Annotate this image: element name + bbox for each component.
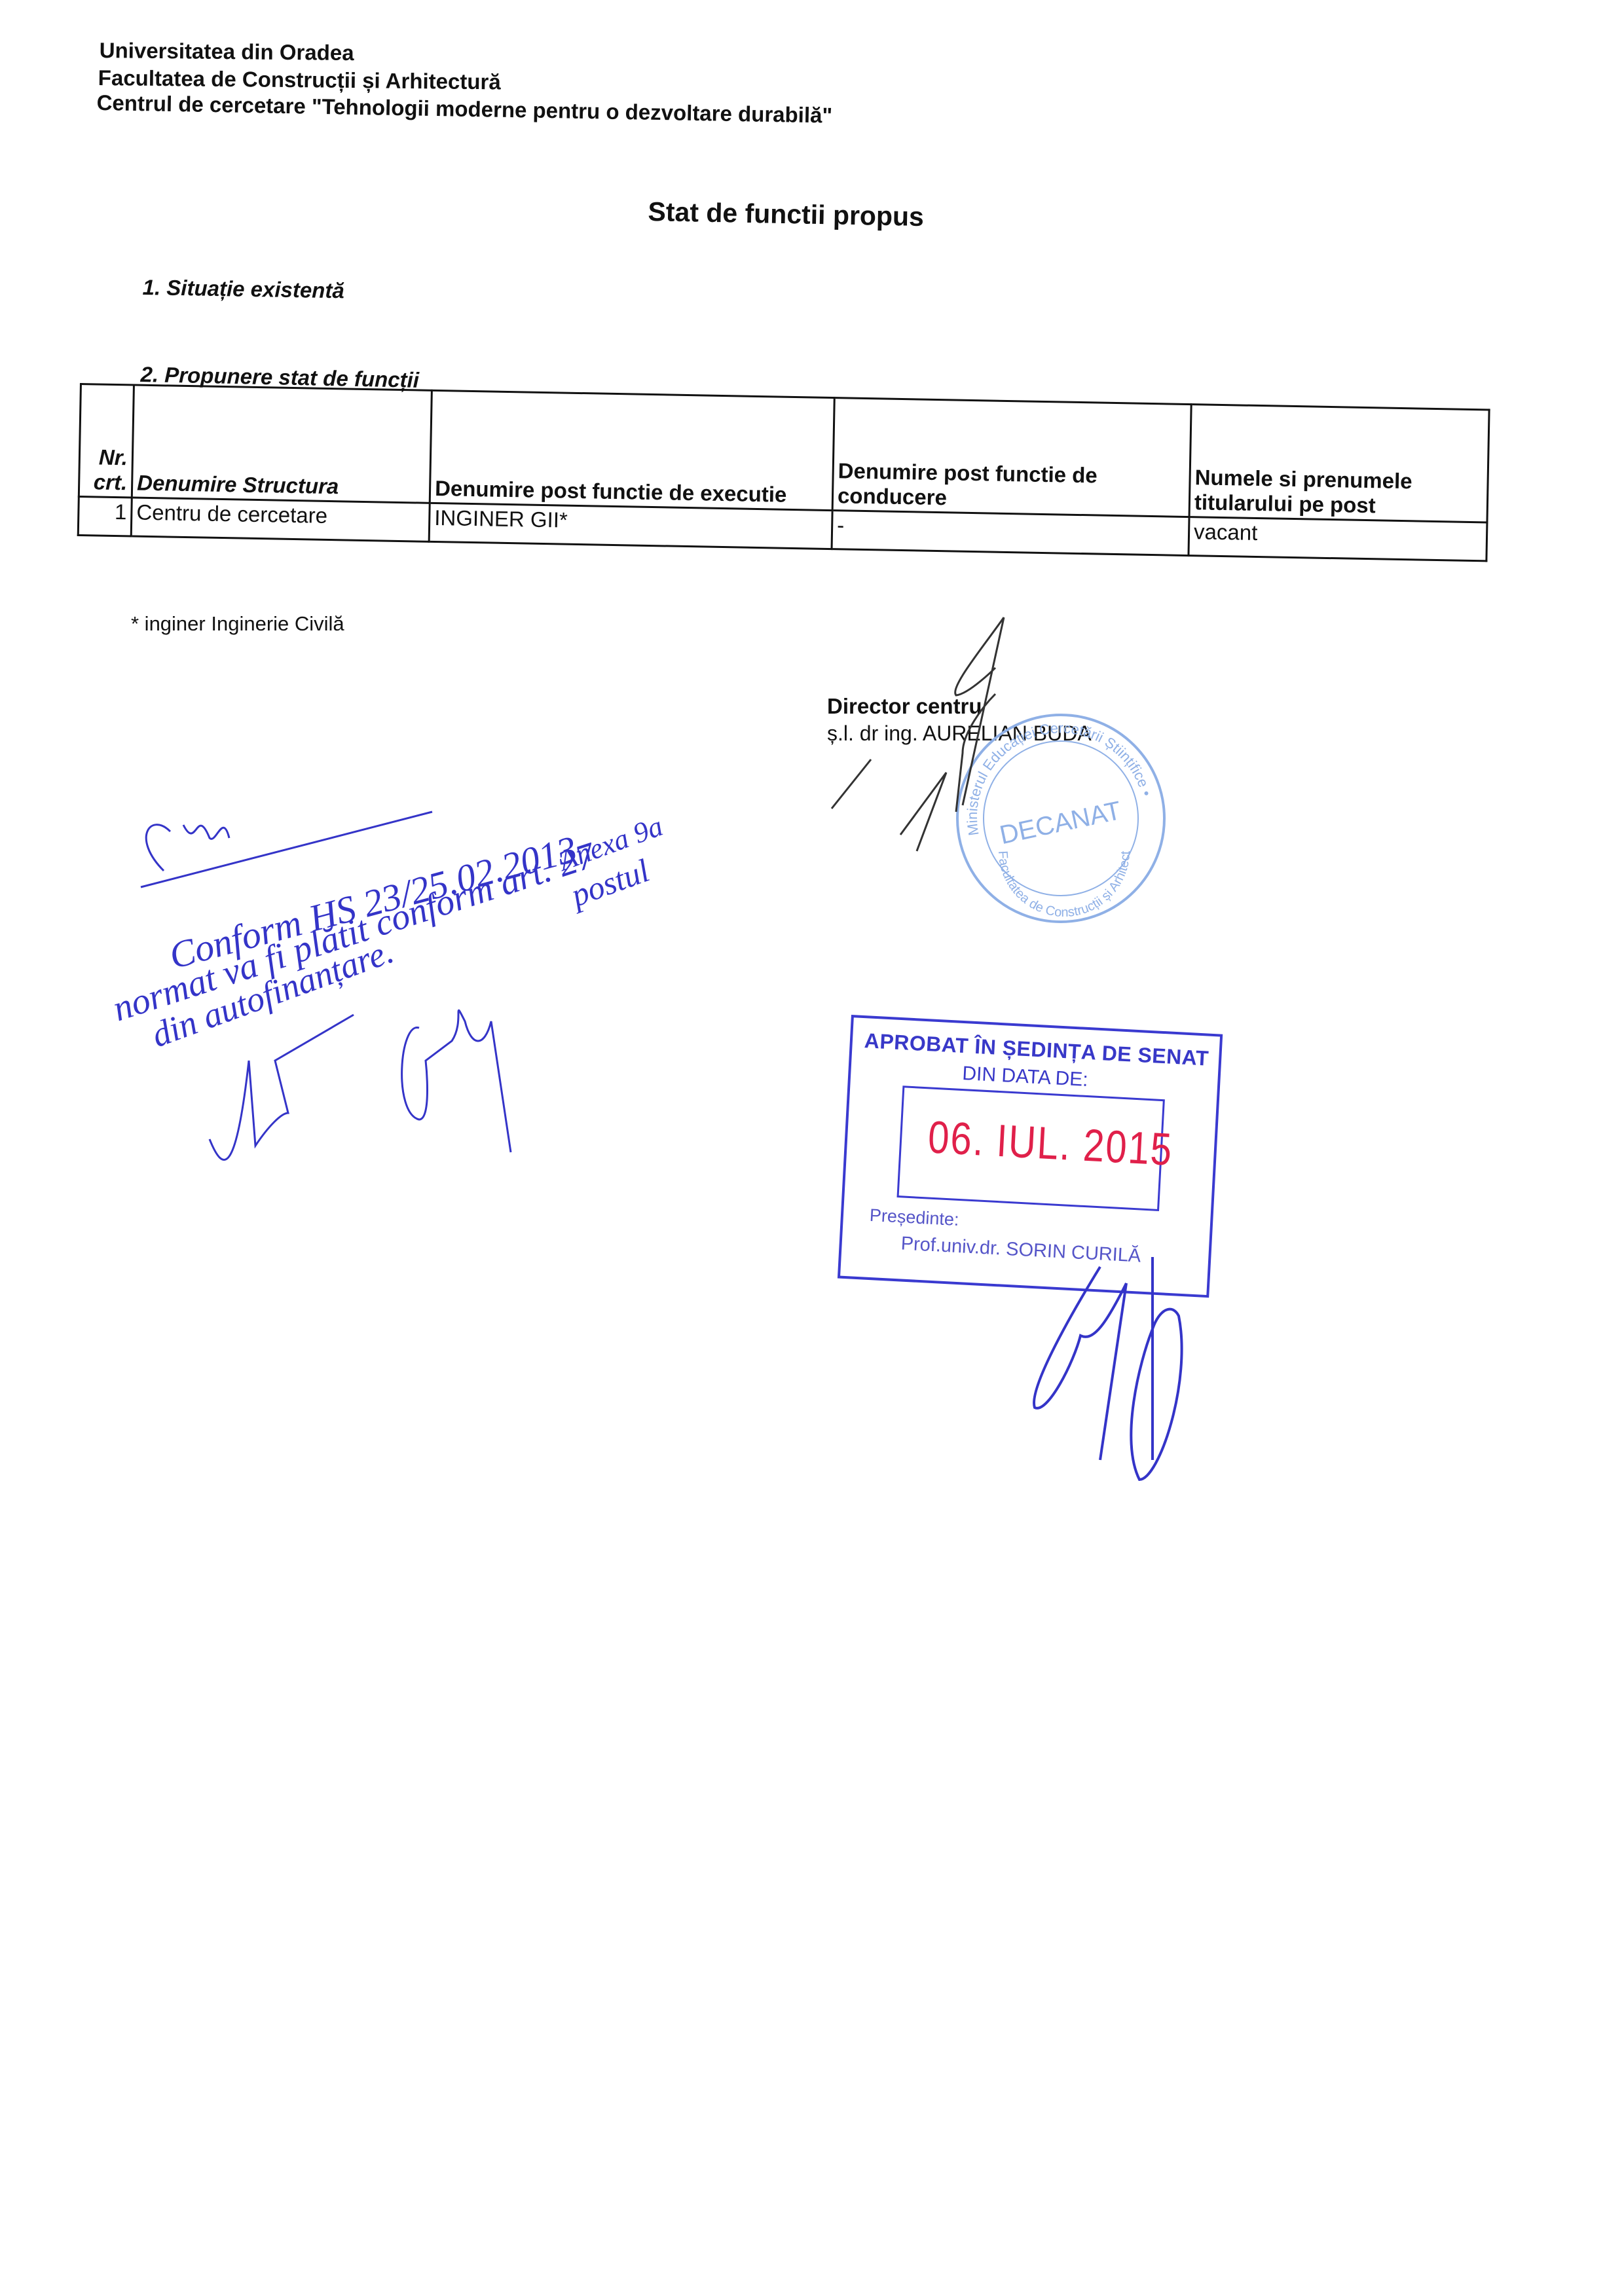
approver-signatures-icon bbox=[210, 1010, 511, 1159]
handwritten-annotations: Conform HS 23/25.02.2013 normat va fi pl… bbox=[0, 0, 1624, 2296]
president-signature-icon bbox=[1034, 1257, 1182, 1480]
handwritten-note-icon: Conform HS 23/25.02.2013 normat va fi pl… bbox=[108, 810, 667, 1055]
director-signature-icon bbox=[832, 617, 1004, 851]
